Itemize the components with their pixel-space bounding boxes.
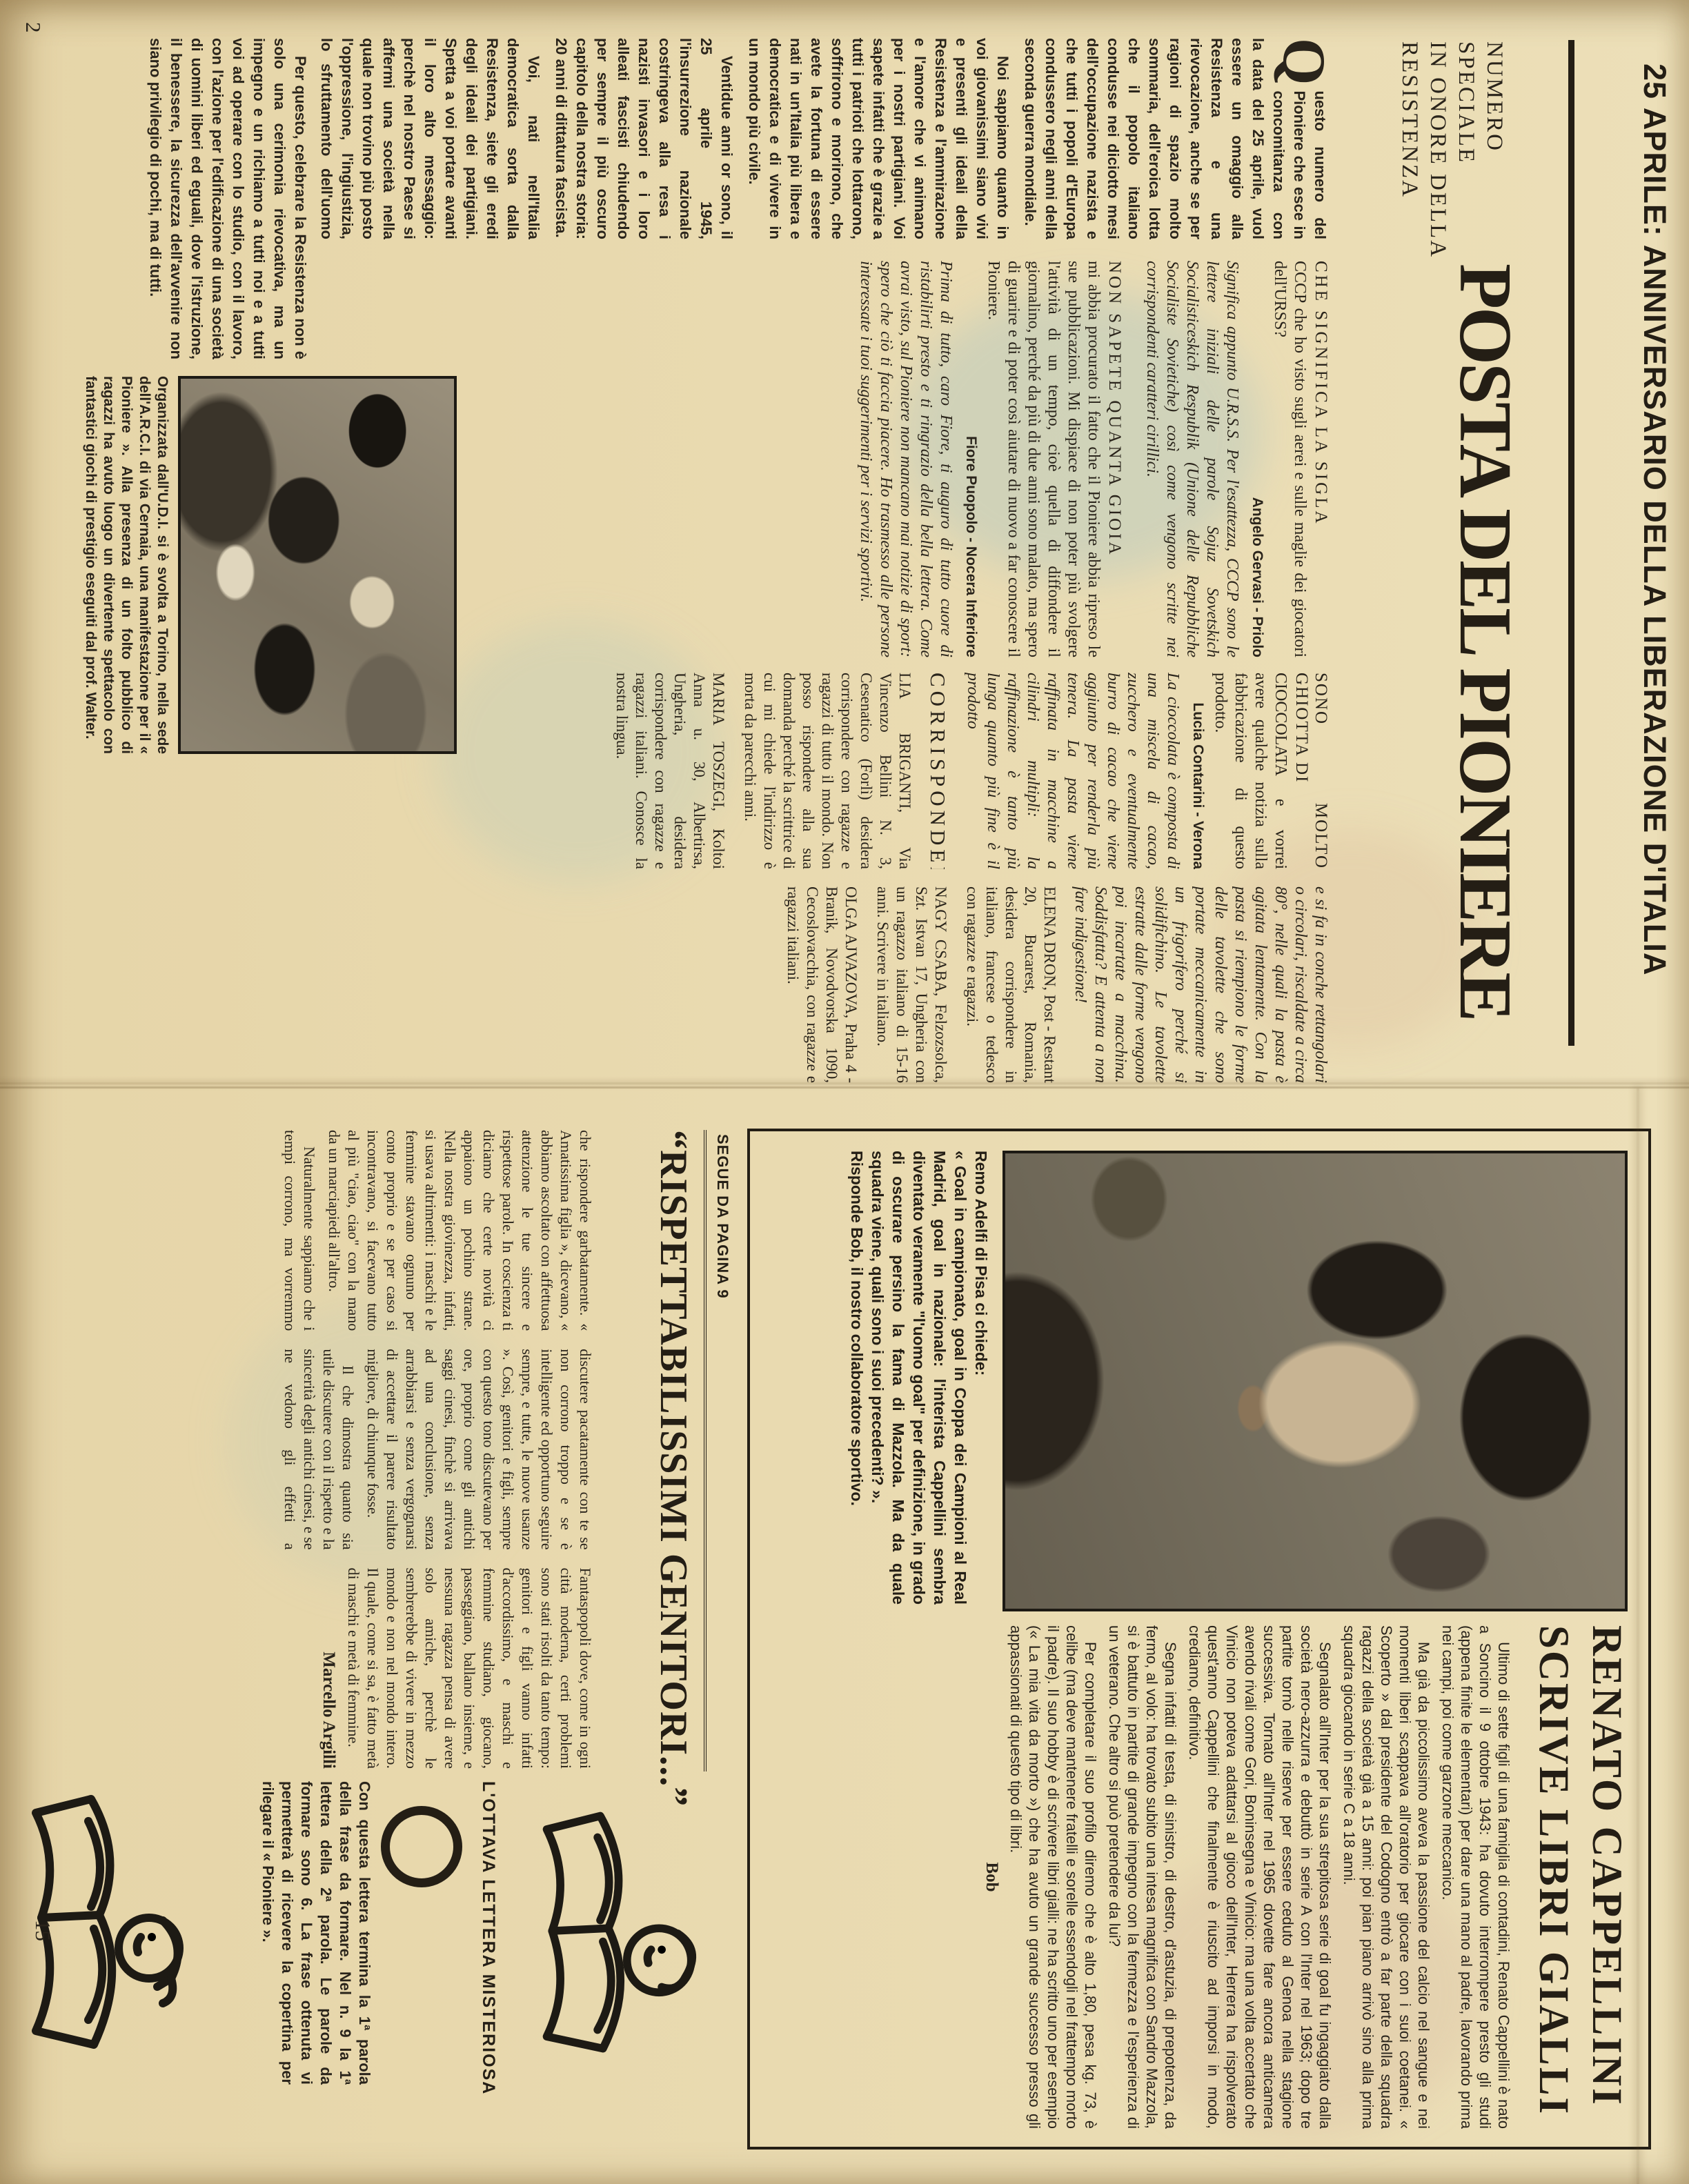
article-paragraph: Ultimo di sette figli di una famiglia di… [1439, 1625, 1513, 2129]
article-body: Ultimo di sette figli di una famiglia di… [778, 1625, 1513, 2129]
page-number: 2 [21, 22, 46, 33]
event-photo-block: Organizzata dall'U.D.I. si è svolta a To… [81, 376, 457, 754]
editorial-paragraph: Ventidue anni or sono, il 25 aprile 1945… [551, 38, 737, 239]
editorial-paragraph: Voi, nati nell'Italia democratica sorta … [322, 38, 544, 239]
letter-byline: Lucia Contarini - Verona [1189, 673, 1206, 869]
sports-feature-box: RENATO CAPPELLINI SCRIVE LIBRI GIALLI Ul… [747, 1129, 1651, 2150]
banner-rule [1568, 40, 1574, 1046]
kicker-line: NUMERO SPECIALE [1452, 41, 1508, 262]
mysterious-letter-text: Con questa lettera termina la 1ª parola … [258, 1781, 374, 2085]
genitori-signature: Marcello Argilli [319, 1568, 338, 1769]
letter-heading: SONO MOLTO GHIOTTA DI [1292, 673, 1330, 869]
kicker-heading: NUMERO SPECIALE IN ONORE DELLA RESISTENZ… [1395, 41, 1508, 262]
cappellini-portrait-photo [1002, 1151, 1628, 1611]
letter-body: CCCP che ho visto sugli aerei e sulle ma… [1270, 261, 1310, 657]
letter-reply: e si fa in conche rettangolari o circola… [1070, 886, 1330, 1083]
letters-column: CHE SIGNIFICA LA SIGLA CCCP che ho visto… [316, 261, 1330, 657]
editorial-column: Questo numero del Pioniere che esce in c… [322, 38, 1330, 239]
correspondence-address: OLGA AJVAZOVA, Praha 4 - Branik, Novodvo… [783, 886, 860, 1083]
article-paragraph: Ma già da piccolissimo aveva la passione… [1340, 1625, 1433, 2129]
editorial-paragraph: Noi sappiamo quanto in voi giovanissimi … [744, 38, 1013, 239]
kicker-line: IN ONORE DELLA [1423, 41, 1452, 262]
letter-body: mi abbia procurato il fatto che il Pioni… [983, 261, 1103, 657]
correspondence-address: ELENA DRON, Post - Restant 20, Bucarest,… [962, 886, 1059, 1083]
drop-cap: Q [1279, 38, 1327, 85]
mysterious-letter-heading: L'OTTAVA LETTERA MISTERIOSA [478, 1781, 498, 2105]
correspondence-address: LIA BRIGANTI, Via Vincenzo Bellini N. 3,… [740, 673, 914, 869]
headline-line: SCRIVE LIBRI GIALLI [1527, 1625, 1580, 2129]
letter-reply: La cioccolata è composta di una miscela … [962, 673, 1183, 869]
corrispondenza-heading: CORRISPONDENZA [925, 673, 950, 869]
page-2: 25 APRILE: ANNIVERSARIO DELLA LIBERAZION… [0, 0, 1689, 1086]
editorial-paragraph: Questo numero del Pioniere che esce in c… [1020, 38, 1330, 239]
letter-heading: CHE SIGNIFICA LA SIGLA [1311, 261, 1330, 657]
page-number: 15 [30, 1920, 55, 1941]
letter-heading: NON SAPETE QUANTA GIOIA [1105, 261, 1124, 657]
page-15: RENATO CAPPELLINI SCRIVE LIBRI GIALLI Ul… [0, 1086, 1689, 2184]
banner-headline: 25 APRILE: ANNIVERSARIO DELLA LIBERAZION… [1637, 63, 1672, 1071]
scanned-magazine-spread: { "page2": { "page_number": "2", "banner… [0, 0, 1689, 2184]
article-headline: RENATO CAPPELLINI SCRIVE LIBRI GIALLI [1527, 1625, 1633, 2129]
question-body: « Goal in campionato, goal in Coppa dei … [867, 1151, 971, 1605]
letter-body: CIOCCOLATA e vorrei avere qualche notizi… [1210, 673, 1290, 869]
article-signature: Bob [982, 1625, 1001, 2129]
masthead-title: POSTA DEL PIONIERE [1442, 264, 1528, 1074]
photo-caption: Organizzata dall'U.D.I. si è svolta a To… [81, 376, 171, 754]
letter-reply: Significa appunto U.R.S.S. Per l'esattez… [1142, 261, 1242, 657]
editorial-paragraph: Per questo, celebrare la Resistenza non … [145, 38, 310, 359]
reader-question-block: Remo Adelfi di Pisa ci chiede: « Goal in… [847, 1151, 991, 1605]
continued-from-note: SEGUE DA PAGINA 9 [713, 1134, 731, 1299]
article-paragraph: Segna infatti di testa, di sinistro, di … [1105, 1625, 1180, 2129]
article-paragraph: Segnalato all'Inter per la sua strepitos… [1185, 1625, 1334, 2129]
rotated-magazine-sheet: 25 APRILE: ANNIVERSARIO DELLA LIBERAZION… [0, 0, 1689, 2184]
correspondence-address: NAGY CSABA, Felzozsolca, Szt. Istvan 17,… [873, 886, 950, 1083]
editorial-closing-column: Per questo, celebrare la Resistenza non … [103, 38, 310, 359]
letters-column: SONO MOLTO GHIOTTA DI CIOCCOLATA e vorre… [316, 673, 1330, 869]
correspondence-address: MARIA TOSZEGI, Koltoi Anna u. 30, Albert… [612, 673, 728, 869]
question-intro: Remo Adelfi di Pisa ci chiede: [971, 1151, 991, 1605]
headline-line: RENATO CAPPELLINI [1580, 1625, 1633, 2129]
article-paragraph: Per completare il suo profilo diremo che… [1007, 1625, 1100, 2129]
genitori-article: che rispondere garbatamente. « Amatissim… [34, 1130, 595, 1769]
mysterious-letter-O [381, 1806, 462, 1887]
reading-child-cartoon-icon [515, 1799, 729, 2068]
question-outro: Risponde Bob, il nostro collaboratore sp… [847, 1151, 867, 1605]
genitori-paragraph: che rispondere garbatamente. « Amatissim… [324, 1130, 595, 1331]
letters-column: e si fa in conche rettangolari o circola… [316, 886, 1330, 1083]
kicker-line: RESISTENZA [1395, 41, 1423, 262]
event-photo [178, 376, 457, 754]
letter-reply: Prima di tutto, caro Fiore, ti auguro di… [856, 261, 956, 657]
letter-byline: Angelo Gervasi - Priolo [1249, 261, 1265, 657]
letter-byline: Fiore Puopolo - Nocera Inferiore [962, 261, 979, 657]
genitori-title: “RISPETTABILISSIMI GENITORI...” [651, 1130, 707, 1771]
